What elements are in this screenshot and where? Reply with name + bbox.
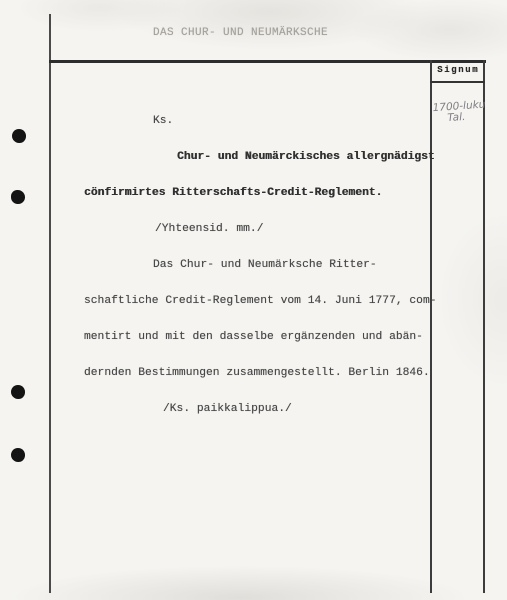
- table-top-rule: [49, 60, 486, 63]
- signum-column-header: Signum: [430, 65, 485, 75]
- typed-text-block: Ks. Chur- und Neumärckisches allergnädig…: [84, 91, 494, 439]
- typed-line: cönfirmirtes Ritterschafts-Credit-Reglem…: [84, 187, 494, 199]
- typed-line: /Yhteensid. mm./: [84, 223, 494, 235]
- scanned-catalog-card: DAS CHUR- UND NEUMÄRKSCHE Signum 1700-lu…: [0, 0, 507, 600]
- hole-punch: [11, 448, 25, 462]
- hole-punch: [11, 385, 25, 399]
- typed-line: Das Chur- und Neumärksche Ritter-: [84, 259, 494, 271]
- hole-punch: [11, 190, 25, 204]
- typed-line: Chur- und Neumärckisches allergnädigst: [84, 151, 494, 163]
- left-margin-rule: [49, 14, 51, 593]
- typed-line: /Ks. paikkalippua./: [84, 403, 494, 415]
- typed-line: schaftliche Credit-Reglement vom 14. Jun…: [84, 295, 494, 307]
- page-header-title: DAS CHUR- UND NEUMÄRKSCHE: [153, 27, 328, 39]
- typed-line: Ks.: [84, 115, 494, 127]
- typed-line: mentirt und mit den dasselbe ergänzenden…: [84, 331, 494, 343]
- typed-line: dernden Bestimmungen zusammengestellt. B…: [84, 367, 494, 379]
- hole-punch: [12, 129, 26, 143]
- signum-header-underline: [430, 81, 485, 83]
